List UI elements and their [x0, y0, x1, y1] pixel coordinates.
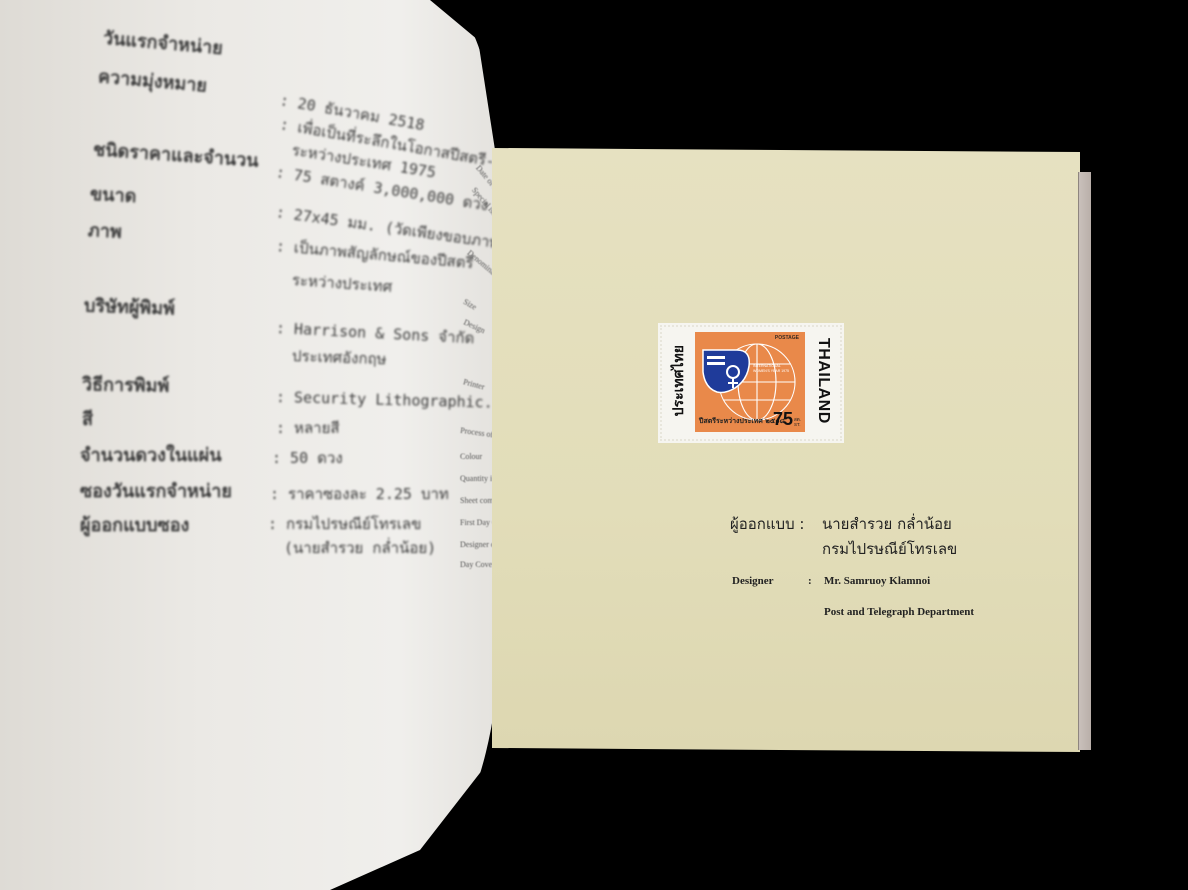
stamp-event-text: INTERNATIONAL WOMEN'S YEAR 1975	[753, 364, 789, 373]
page-edge	[1078, 172, 1091, 750]
stamp-postage-text: POSTAGE	[775, 335, 799, 341]
label-printer: บริษัทผู้พิมพ์	[84, 290, 176, 322]
stamp-artwork: POSTAGE INTERNATIONAL WOMEN'S YEAR 1975 …	[695, 332, 805, 432]
value-fdc: : ราคาซองละ 2.25 บาท	[270, 482, 449, 506]
designer-thai-label: ผู้ออกแบบ :	[730, 512, 804, 536]
designer-thai-dept: กรมไปรษณีย์โทรเลข	[822, 537, 957, 561]
label-purpose: ความมุ่งหมาย	[97, 61, 208, 99]
value-process: : Security Lithographic.	[276, 388, 493, 412]
designer-eng-dept: Post and Telegraph Department	[824, 606, 974, 618]
label-fdc-designer: ผู้ออกแบบซอง	[80, 510, 189, 539]
value-sheet: : 50 ดวง	[272, 446, 343, 470]
side-colour: Colour	[460, 452, 482, 461]
label-colour: สี	[82, 404, 93, 433]
stamp-unit: สต. ST.	[794, 417, 802, 427]
stamp-country-eng: THAILAND	[810, 331, 836, 431]
postage-stamp: ประเทศไทย POSTAGE INTERNATIONAL WOMEN'S	[660, 325, 842, 441]
designer-eng-label: Designer	[732, 575, 774, 587]
label-sheet: จำนวนดวงในแผ่น	[80, 440, 222, 469]
value-fdc-designer-1: : กรมไปรษณีย์โทรเลข	[268, 512, 421, 536]
left-page: วันแรกจำหน่าย ความมุ่งหมาย ชนิดราคาและจำ…	[0, 0, 500, 890]
right-page	[492, 148, 1080, 752]
side-size: Size	[462, 297, 478, 312]
designer-eng-sep: :	[808, 575, 812, 587]
label-denomination: ชนิดราคาและจำนวน	[92, 134, 259, 174]
side-printer: Printer	[462, 377, 485, 391]
value-design-2: ระหว่างประเทศ	[291, 268, 393, 299]
label-first-day: วันแรกจำหน่าย	[102, 23, 224, 62]
label-design: ภาพ	[87, 215, 122, 246]
stamp-value: 75	[773, 409, 793, 430]
stamp-country-thai: ประเทศไทย	[666, 331, 692, 431]
value-fdc-designer-2: (นายสำรวย กล่ำน้อย)	[284, 536, 436, 560]
designer-thai-name: นายสำรวย กล่ำน้อย	[822, 512, 952, 536]
side-day-cover: Day Cover	[460, 560, 495, 569]
label-fdc: ซองวันแรกจำหน่าย	[80, 476, 232, 505]
label-size: ขนาด	[89, 179, 137, 210]
designer-eng-name: Mr. Samruoy Klamnoi	[824, 575, 930, 587]
label-process: วิธีการพิมพ์	[82, 369, 170, 400]
value-printer-2: ประเทศอังกฤษ	[292, 344, 387, 371]
value-colour: : หลายสี	[276, 416, 340, 440]
